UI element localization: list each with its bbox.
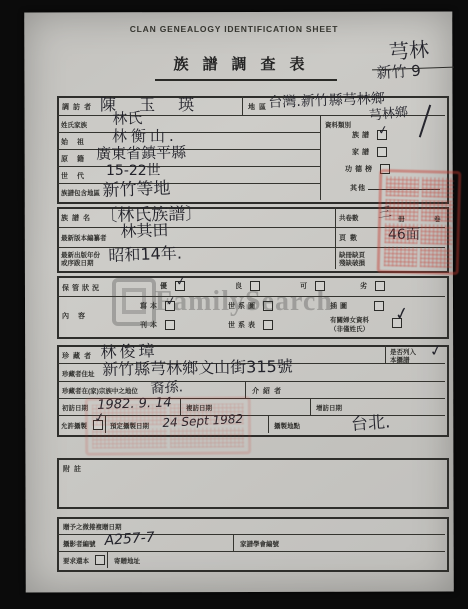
address-value: 新竹縣芎林鄉文山街315號 (102, 354, 293, 380)
women-data-label-line1: 有關婦女資料 (330, 315, 369, 324)
grid-line (57, 183, 320, 184)
mailing-address-label: 寄贈地址 (114, 556, 140, 565)
owner-label: 珍藏者 (62, 351, 95, 361)
surveyor-label: 調訪者 (62, 102, 95, 112)
category-label: 資料類別 (325, 120, 351, 129)
address-label: 珍藏者住址 (62, 369, 95, 378)
checkbox: ✓ (377, 130, 387, 140)
grid-line (310, 398, 311, 415)
filming-location-value: 台北. (350, 407, 391, 435)
content-lineage-table: 世系表 (228, 320, 273, 330)
pubdate-label-line2: 或序跋日期 (61, 258, 94, 267)
checkbox (95, 555, 105, 565)
page-title: 族譜調查表 (155, 53, 337, 81)
grade-label: 劣 (360, 281, 370, 291)
scanned-genealogy-sheet: CLAN GENEALOGY IDENTIFICATION SHEET 族譜調查… (0, 0, 468, 609)
grid-line (335, 207, 336, 269)
notes-box (57, 458, 449, 509)
coverage-value: 新竹等地 (102, 174, 171, 201)
keep-label: 保管狀況 (62, 283, 102, 293)
coverage-label: 族譜包含地區 (61, 188, 100, 197)
missing-label-line2: 殘缺破損 (339, 258, 365, 267)
grid-line (385, 345, 386, 363)
grade-poor: 劣 (360, 281, 385, 291)
category-option-clan-genealogy: 族譜 ✓ (352, 130, 387, 140)
handwritten-film-number: 新竹 9 (376, 60, 421, 83)
notes-label: 附註 (63, 464, 85, 474)
filming-location-label: 攝製地點 (274, 421, 300, 430)
compiler-label: 最新版本編纂者 (61, 233, 107, 242)
permission-label: 允許攝製 (61, 421, 87, 430)
grid-line (57, 551, 445, 552)
red-seal-stamp (377, 169, 462, 275)
english-title: CLAN GENEALOGY IDENTIFICATION SHEET (0, 24, 468, 34)
checkbox (263, 320, 273, 330)
founder-label: 始祖 (61, 137, 93, 147)
grid-line (57, 166, 320, 167)
origin-label: 原籍 (61, 154, 93, 164)
area-label: 地區 (248, 102, 270, 112)
introducer-label: 介紹者 (252, 386, 285, 396)
familysearch-watermark: FamilySearch (155, 286, 333, 318)
red-seal-stamp-faint (85, 396, 251, 455)
checkbox (374, 301, 384, 311)
familysearch-logo-watermark (112, 278, 156, 326)
compiler-value: 林其田 (120, 217, 169, 242)
generations-label: 世代 (61, 171, 93, 181)
genealogy-title-label: 族譜名 (61, 213, 94, 223)
society-number-label: 家譜學會編號 (240, 539, 279, 548)
content-label: 內容 (62, 311, 94, 321)
gift-copy-date-label: 贈予之微捲複贈日期 (63, 522, 122, 531)
pages-label: 頁數 (339, 233, 361, 243)
listed-label-line2: 本攝譜 (390, 355, 410, 364)
content-illustrations: 插圖 (330, 301, 384, 311)
pubdate-value: 昭和14年. (108, 240, 182, 266)
photographer-number-label: 攝影者編號 (63, 539, 96, 548)
checkmark: ✓ (377, 122, 389, 138)
additional-visit-label: 增訪日期 (316, 403, 342, 412)
content-option-label: 插圖 (330, 301, 350, 311)
content-option-label: 世系表 (228, 320, 258, 330)
women-data-label-line2: （非僅姓氏） (330, 324, 369, 333)
category-other-label: 其他 (350, 183, 366, 193)
category-option-label: 家譜 (352, 147, 372, 157)
category-option-label: 族譜 (352, 130, 372, 140)
position-label: 珍藏者在(家)宗族中之地位 (62, 386, 138, 395)
grid-line (57, 132, 320, 133)
category-option-label: 功德榜 (345, 164, 375, 174)
checkbox (375, 281, 385, 291)
checkbox (377, 147, 387, 157)
grid-line (57, 381, 445, 382)
grid-line (320, 115, 321, 200)
volumes-label: 共卷數 (339, 213, 359, 222)
grid-line (268, 415, 269, 433)
grid-line (242, 96, 243, 115)
checkbox (165, 320, 175, 330)
area-value-township: 芎林鄉 (368, 101, 409, 124)
clan-label: 姓氏家族 (61, 120, 87, 129)
return-original-label: 要求還本 (63, 556, 89, 565)
category-option-family-genealogy: 家譜 (352, 147, 387, 157)
grid-line (233, 534, 234, 551)
grid-line (107, 551, 108, 568)
